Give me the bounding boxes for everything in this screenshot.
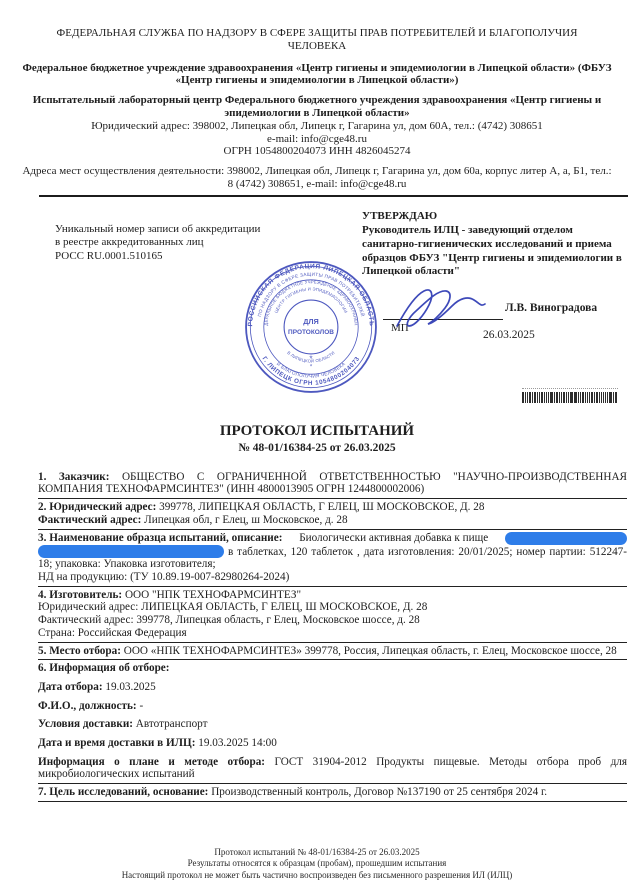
section-divider: [38, 642, 627, 643]
section-4-legal-address: Юридический адрес: ЛИПЕЦКАЯ ОБЛАСТЬ, Г Е…: [38, 601, 627, 614]
ogrn-inn-line: ОГРН 1054800204073 ИНН 4826045274: [17, 145, 617, 158]
approver-position: Руководитель ИЛЦ - заведующий отделом са…: [362, 224, 622, 278]
section-divider: [38, 498, 627, 499]
section-4-country: Страна: Российская Федерация: [38, 627, 627, 640]
approval-date: 26.03.2025: [483, 329, 535, 341]
section-1-customer: 1. Заказчик: ОБЩЕСТВО С ОГРАНИЧЕННОЙ ОТВ…: [38, 471, 627, 496]
section-divider: [38, 801, 627, 802]
section-5-sampling-place: 5. Место отбора: ООО «НПК ТЕХНОФАРМСИНТЕ…: [38, 645, 627, 658]
footer-results-note: Результаты относятся к образцам (пробам)…: [0, 858, 634, 869]
section-divider: [38, 586, 627, 587]
svg-text:*: *: [310, 363, 313, 370]
approval-title: УТВЕРЖДАЮ: [362, 210, 622, 224]
legal-address: Юридический адрес: 398002, Липецкая обл,…: [17, 120, 617, 133]
section-3-sample-name: 3. Наименование образца испытаний, описа…: [38, 532, 627, 545]
official-round-stamp-icon: РОССИЙСКАЯ ФЕДЕРАЦИЯ ЛИПЕЦКАЯ ОБЛАСТЬ Г.…: [243, 259, 379, 395]
svg-text:ДЛЯ: ДЛЯ: [303, 317, 319, 326]
institution-name: Федеральное бюджетное учреждение здравоо…: [19, 62, 615, 88]
section-6-sampling-date: Дата отбора: 19.03.2025: [38, 681, 627, 694]
redaction-bar: [38, 545, 224, 558]
section-3-sample-details: в таблетках, 120 таблеток , дата изготов…: [38, 545, 627, 571]
protocol-number: № 48-01/16384-25 от 26.03.2025: [0, 442, 634, 454]
section-2-legal-address: 2. Юридический адрес: 399778, ЛИПЕЦКАЯ О…: [38, 501, 627, 514]
section-6-sampling-method: Информация о плане и методе отбора: ГОСТ…: [38, 756, 627, 781]
section-6-header: 6. Информация об отборе:: [38, 662, 627, 675]
section-6-fio: Ф.И.О., должность: -: [38, 700, 627, 713]
page-footer: Протокол испытаний № 48-01/16384-25 от 2…: [0, 847, 634, 881]
letterhead: ФЕДЕРАЛЬНАЯ СЛУЖБА ПО НАДЗОРУ В СФЕРЕ ЗА…: [0, 0, 634, 191]
handwritten-signature-icon: [393, 285, 489, 331]
section-4-actual-address: Фактический адрес: 399778, Липецкая обла…: [38, 614, 627, 627]
section-divider: [38, 529, 627, 530]
section-3-nd: НД на продукцию: (ТУ 10.89.19-007-829802…: [38, 571, 627, 584]
accreditation-note: Уникальный номер записи об аккредитации …: [55, 223, 260, 264]
section-6-delivery-datetime: Дата и время доставки в ИЛЦ: 19.03.2025 …: [38, 737, 627, 750]
redaction-bar: [505, 532, 627, 545]
section-6-delivery-conditions: Условия доставки: Автотранспорт: [38, 718, 627, 731]
section-divider: [38, 783, 627, 784]
barcode: [522, 388, 618, 403]
section-4-manufacturer: 4. Изготовитель: ООО "НПК ТЕХНОФАРМСИНТЕ…: [38, 589, 627, 602]
section-divider: [38, 659, 627, 660]
svg-text:ПРОТОКОЛОВ: ПРОТОКОЛОВ: [288, 329, 334, 336]
footer-reproduction-note: Настоящий протокол не может быть частичн…: [0, 870, 634, 881]
protocol-title: ПРОТОКОЛ ИСПЫТАНИЙ: [0, 423, 634, 440]
footer-protocol-ref: Протокол испытаний № 48-01/16384-25 от 2…: [0, 847, 634, 858]
email-line: e-mail: info@cge48.ru: [17, 133, 617, 146]
section-7-purpose: 7. Цель исследований, основание: Произво…: [38, 786, 627, 799]
lab-center-name: Испытательный лабораторный центр Федерал…: [19, 94, 615, 120]
accreditation-number: РОСС RU.0001.510165: [55, 250, 260, 264]
approver-name: Л.В. Виноградова: [505, 302, 597, 314]
approval-block: УТВЕРЖДАЮ Руководитель ИЛЦ - заведующий …: [362, 210, 622, 279]
activity-addresses: Адреса мест осуществления деятельности: …: [19, 165, 615, 191]
section-2-actual-address: Фактический адрес: Липецкая обл, г Елец,…: [38, 514, 627, 527]
agency-name: ФЕДЕРАЛЬНАЯ СЛУЖБА ПО НАДЗОРУ В СФЕРЕ ЗА…: [40, 27, 595, 53]
approval-zone: Уникальный номер записи об аккредитации …: [0, 197, 634, 419]
protocol-document-page: ФЕДЕРАЛЬНАЯ СЛУЖБА ПО НАДЗОРУ В СФЕРЕ ЗА…: [0, 0, 634, 892]
protocol-body: 1. Заказчик: ОБЩЕСТВО С ОГРАНИЧЕННОЙ ОТВ…: [38, 471, 627, 802]
